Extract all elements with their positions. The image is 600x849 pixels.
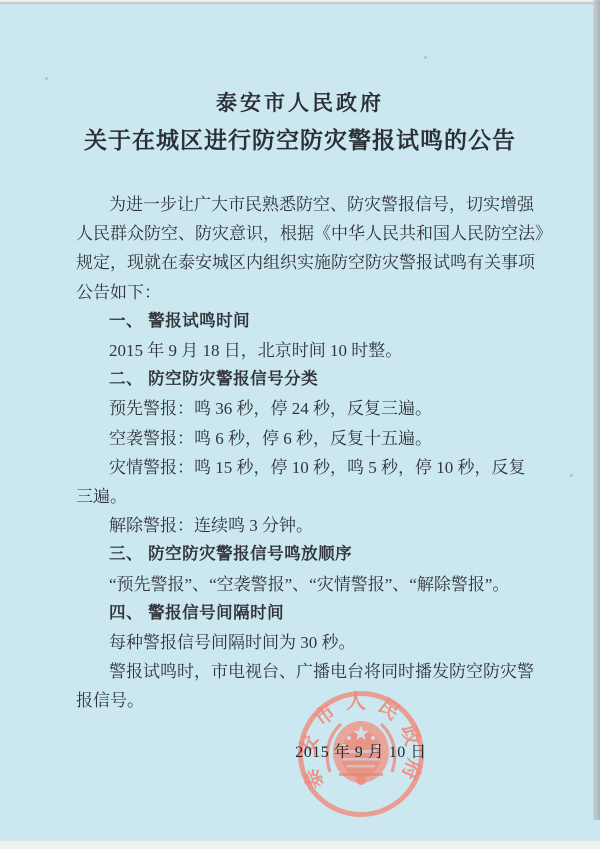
section-heading-2: 二、 防空防灾警报信号分类: [76, 365, 536, 394]
notice-subject-title: 关于在城区进行防空防灾警报试鸣的公告: [0, 122, 600, 160]
doc-line: 为进一步让广大市民熟悉防空、防灾警报信号，切实增强: [76, 190, 536, 219]
doc-line: 人民群众防空、防灾意识，根据《中华人民共和国人民防空法》: [76, 219, 536, 248]
notice-body: 为进一步让广大市民熟悉防空、防灾警报信号，切实增强 人民群众防空、防灾意识，根据…: [76, 190, 536, 716]
doc-line: 警报试鸣时，市电视台、广播电台将同时播发防空防灾警: [76, 657, 536, 686]
doc-line: 灾情警报：鸣 15 秒，停 10 秒，鸣 5 秒，停 10 秒，反复: [76, 453, 536, 482]
doc-line: 解除警报：连续鸣 3 分钟。: [76, 511, 536, 540]
scanned-notice-page: 泰安市人民政府 关于在城区进行防空防灾警报试鸣的公告 为进一步让广大市民熟悉防空…: [0, 0, 600, 849]
doc-line: 每种警报信号间隔时间为 30 秒。: [76, 628, 536, 657]
doc-line: 2015 年 9 月 18 日，北京时间 10 时整。: [76, 336, 536, 365]
issue-date: 2015 年 9 月 10 日: [290, 742, 432, 764]
scan-edge-bottom: [0, 840, 600, 849]
scan-speck: [45, 77, 48, 80]
scan-speck: [424, 56, 427, 59]
doc-line: 三遍。: [76, 482, 536, 511]
issuing-authority-title: 泰安市人民政府: [0, 88, 600, 118]
scan-edge-top: [0, 0, 600, 4]
section-heading-1: 一、 警报试鸣时间: [76, 307, 536, 336]
document-title: 泰安市人民政府 关于在城区进行防空防灾警报试鸣的公告: [0, 88, 600, 160]
doc-line: 空袭警报：鸣 6 秒，停 6 秒，反复十五遍。: [76, 424, 536, 453]
section-heading-4: 四、 警报信号间隔时间: [76, 599, 536, 628]
doc-line: “预先警报”、“空袭警报”、“灾情警报”、“解除警报”。: [76, 570, 536, 599]
doc-line: 公告如下：: [76, 278, 536, 307]
doc-line: 规定，现就在泰安城区内组织实施防空防灾警报试鸣有关事项: [76, 248, 536, 277]
section-heading-3: 三、 防空防灾警报信号鸣放顺序: [76, 540, 536, 569]
doc-line: 预先警报：鸣 36 秒，停 24 秒，反复三遍。: [76, 394, 536, 423]
scan-speck: [570, 474, 573, 477]
